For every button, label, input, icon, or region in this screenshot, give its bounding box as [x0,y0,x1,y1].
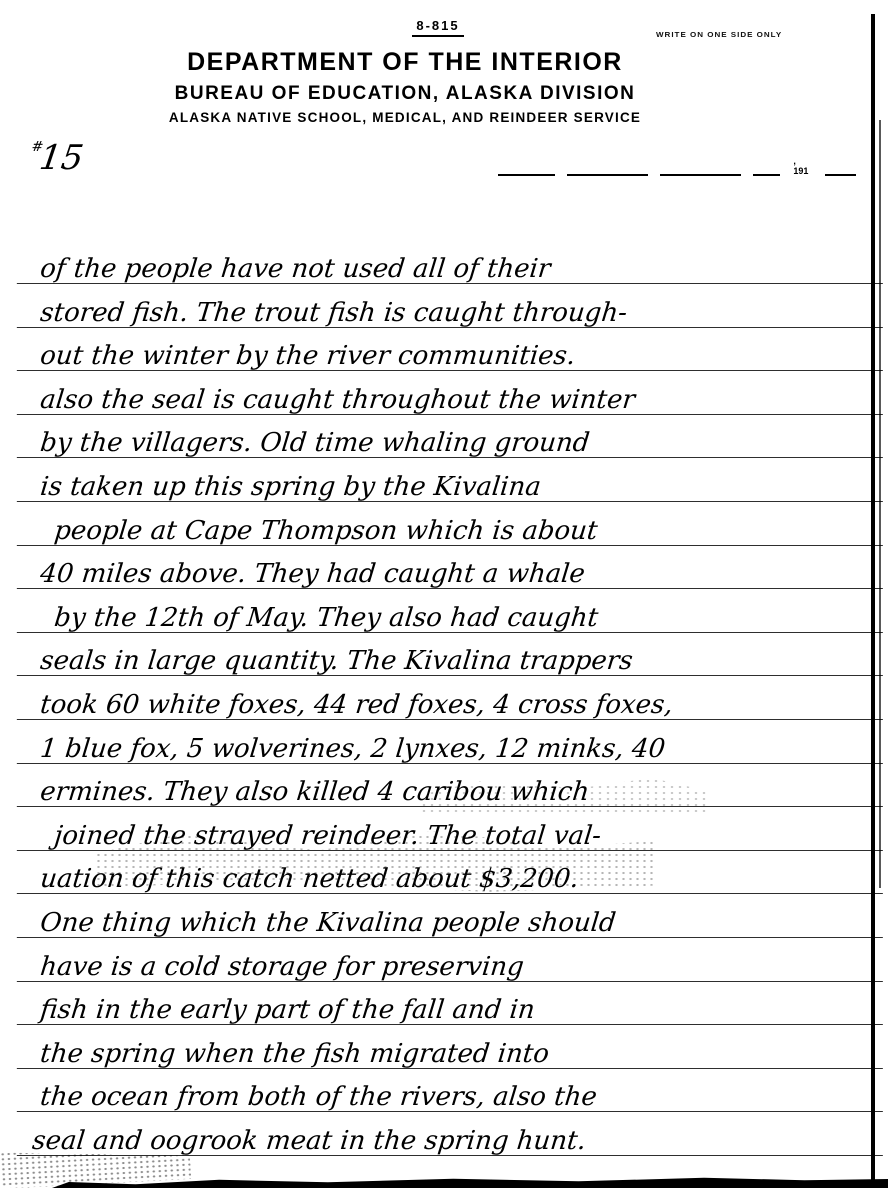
date-blank-segment [753,168,781,176]
date-blank-segment [498,168,555,176]
handwritten-line: also the seal is caught throughout the w… [30,379,877,423]
handwritten-body: of the people have not used all of their… [30,248,872,1163]
write-one-side-note: WRITE ON ONE SIDE ONLY [656,30,782,38]
handwritten-line: by the villagers. Old time whaling groun… [30,422,877,466]
page-number-mark: # [30,139,44,155]
handwritten-line: seals in large quantity. The Kivalina tr… [30,640,877,684]
handwritten-line: 40 miles above. They had caught a whale [30,553,877,597]
handwritten-line: out the winter by the river communities. [30,335,877,379]
page-number-value: 15 [37,138,86,178]
form-number: 8-815 [368,18,508,37]
handwritten-line: by the 12th of May. They also had caught [30,597,877,641]
handwritten-line: have is a cold storage for preserving [30,946,877,990]
handwritten-line: the ocean from both of the rivers, also … [30,1076,877,1120]
date-blank-segment [660,168,741,176]
scan-edge-artifact [879,120,881,888]
year-prefix-label: , 191 [792,156,812,176]
bureau-subtitle: BUREAU OF EDUCATION, ALASKA DIVISION [0,83,810,105]
date-blank-segment [825,168,856,176]
service-subtitle: ALASKA NATIVE SCHOOL, MEDICAL, AND REIND… [0,110,810,125]
handwritten-line: people at Cape Thompson which is about [30,510,877,554]
document-page: 8-815 WRITE ON ONE SIDE ONLY DEPARTMENT … [0,0,888,1188]
date-line: , 191 [498,156,856,176]
handwritten-line: of the people have not used all of their [30,248,877,292]
department-title: DEPARTMENT OF THE INTERIOR [0,48,810,77]
handwritten-line: is taken up this spring by the Kivalina [30,466,877,510]
handwritten-page-number: #15 [25,138,86,178]
handwritten-line: took 60 white foxes, 44 red foxes, 4 cro… [30,684,877,728]
handwritten-line: fish in the early part of the fall and i… [30,989,877,1033]
handwritten-line: stored fish. The trout fish is caught th… [30,292,877,336]
handwritten-line: 1 blue fox, 5 wolverines, 2 lynxes, 12 m… [30,728,877,772]
handwritten-line: One thing which the Kivalina people shou… [30,902,877,946]
scan-edge-artifact [871,14,875,1188]
date-blank-segment [567,168,648,176]
handwritten-line: the spring when the fish migrated into [30,1033,877,1077]
